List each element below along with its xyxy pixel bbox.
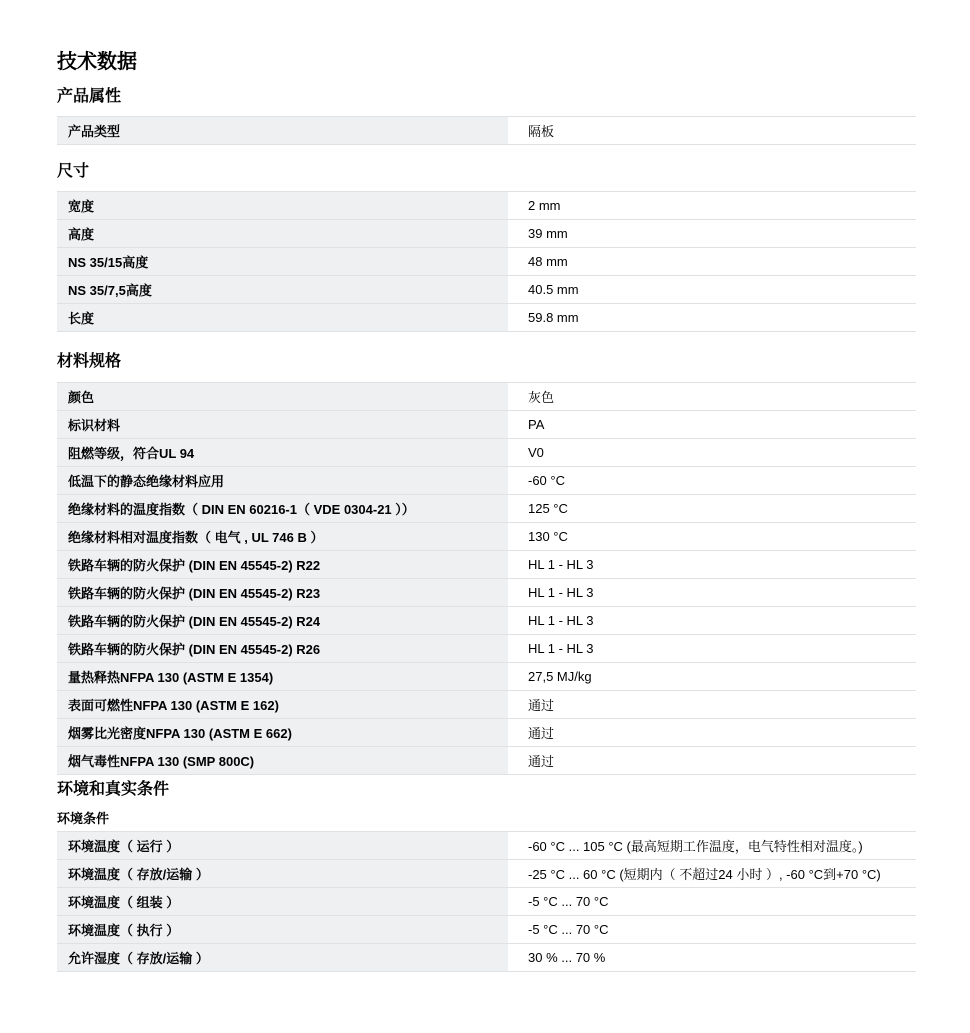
table-row: 环境温度（ 存放/运输 ） -25 °C ... 60 °C (短期内（ 不超过… — [57, 860, 916, 888]
table-row: 铁路车辆的防火保护 (DIN EN 45545-2) R22 HL 1 - HL… — [57, 551, 916, 579]
spec-value: -5 °C ... 70 °C — [510, 916, 916, 943]
spec-section: 产品属性 产品类型 隔板 — [57, 87, 916, 145]
spec-value: V0 — [510, 439, 916, 466]
spec-section: 材料规格 颜色 灰色 标识材料 PA 阻燃等级，符合UL 94 V0 低温下的静… — [57, 352, 916, 775]
spec-value: HL 1 - HL 3 — [510, 635, 916, 662]
spec-table: 产品类型 隔板 — [57, 116, 916, 145]
table-row: 表面可燃性NFPA 130 (ASTM E 162) 通过 — [57, 691, 916, 719]
table-row: 铁路车辆的防火保护 (DIN EN 45545-2) R23 HL 1 - HL… — [57, 579, 916, 607]
spec-value: -5 °C ... 70 °C — [510, 888, 916, 915]
spec-table: 颜色 灰色 标识材料 PA 阻燃等级，符合UL 94 V0 低温下的静态绝缘材料… — [57, 382, 916, 775]
table-row: NS 35/15高度 48 mm — [57, 248, 916, 276]
spec-label: 铁路车辆的防火保护 (DIN EN 45545-2) R24 — [57, 607, 508, 634]
spec-label: 颜色 — [57, 383, 508, 410]
table-row: 允许湿度（ 存放/运输 ） 30 % ... 70 % — [57, 944, 916, 972]
spec-label: 高度 — [57, 220, 508, 247]
table-row: 量热释热NFPA 130 (ASTM E 1354) 27,5 MJ/kg — [57, 663, 916, 691]
spec-value: -25 °C ... 60 °C (短期内（ 不超过24 小时 ）, -60 °… — [510, 860, 916, 887]
table-row: 高度 39 mm — [57, 220, 916, 248]
section-heading: 尺寸 — [57, 162, 916, 181]
spec-value: HL 1 - HL 3 — [510, 551, 916, 578]
table-row: 颜色 灰色 — [57, 383, 916, 411]
spec-label: NS 35/15高度 — [57, 248, 508, 275]
spec-value: 40.5 mm — [510, 276, 916, 303]
table-row: 铁路车辆的防火保护 (DIN EN 45545-2) R24 HL 1 - HL… — [57, 607, 916, 635]
spec-label: 绝缘材料相对温度指数（ 电气 , UL 746 B ） — [57, 523, 508, 550]
spec-label: 烟雾比光密度NFPA 130 (ASTM E 662) — [57, 719, 508, 746]
spec-value: 2 mm — [510, 192, 916, 219]
spec-value: HL 1 - HL 3 — [510, 579, 916, 606]
spec-label: 量热释热NFPA 130 (ASTM E 1354) — [57, 663, 508, 690]
spec-label: 铁路车辆的防火保护 (DIN EN 45545-2) R22 — [57, 551, 508, 578]
table-row: 产品类型 隔板 — [57, 117, 916, 145]
table-row: 烟气毒性NFPA 130 (SMP 800C) 通过 — [57, 747, 916, 775]
datasheet-page: 技术数据 产品属性 产品类型 隔板 尺寸 宽度 2 mm 高度 39 mm NS… — [0, 0, 970, 972]
spec-value: 隔板 — [510, 117, 916, 144]
table-row: NS 35/7,5高度 40.5 mm — [57, 276, 916, 304]
spec-value: 27,5 MJ/kg — [510, 663, 916, 690]
spec-table: 环境温度（ 运行 ） -60 °C ... 105 °C (最高短期工作温度，电… — [57, 831, 916, 972]
spec-label: 铁路车辆的防火保护 (DIN EN 45545-2) R23 — [57, 579, 508, 606]
table-row: 环境温度（ 组装 ） -5 °C ... 70 °C — [57, 888, 916, 916]
table-row: 绝缘材料的温度指数（ DIN EN 60216-1（ VDE 0304-21 ）… — [57, 495, 916, 523]
table-row: 长度 59.8 mm — [57, 304, 916, 332]
spec-label: NS 35/7,5高度 — [57, 276, 508, 303]
spec-value: -60 °C ... 105 °C (最高短期工作温度，电气特性相对温度。) — [510, 832, 916, 859]
spec-value: 59.8 mm — [510, 304, 916, 331]
spec-table: 宽度 2 mm 高度 39 mm NS 35/15高度 48 mm NS 35/… — [57, 191, 916, 332]
spec-sections-container: 产品属性 产品类型 隔板 尺寸 宽度 2 mm 高度 39 mm NS 35/1… — [57, 87, 916, 972]
section-heading: 材料规格 — [57, 352, 916, 371]
spec-label: 标识材料 — [57, 411, 508, 438]
spec-label: 环境温度（ 存放/运输 ） — [57, 860, 508, 887]
spec-label: 绝缘材料的温度指数（ DIN EN 60216-1（ VDE 0304-21 ）… — [57, 495, 508, 522]
spec-section: 尺寸 宽度 2 mm 高度 39 mm NS 35/15高度 48 mm NS … — [57, 162, 916, 332]
table-row: 环境温度（ 运行 ） -60 °C ... 105 °C (最高短期工作温度，电… — [57, 832, 916, 860]
spec-value: 通过 — [510, 719, 916, 746]
spec-value: 通过 — [510, 691, 916, 718]
spec-label: 产品类型 — [57, 117, 508, 144]
spec-label: 允许湿度（ 存放/运输 ） — [57, 944, 508, 971]
section-heading: 产品属性 — [57, 87, 916, 106]
spec-label: 阻燃等级，符合UL 94 — [57, 439, 508, 466]
table-row: 环境温度（ 执行 ） -5 °C ... 70 °C — [57, 916, 916, 944]
table-row: 绝缘材料相对温度指数（ 电气 , UL 746 B ） 130 °C — [57, 523, 916, 551]
spec-value: 125 °C — [510, 495, 916, 522]
spec-label: 表面可燃性NFPA 130 (ASTM E 162) — [57, 691, 508, 718]
spec-value: 灰色 — [510, 383, 916, 410]
page-title: 技术数据 — [57, 50, 916, 74]
table-row: 低温下的静态绝缘材料应用 -60 °C — [57, 467, 916, 495]
table-row: 宽度 2 mm — [57, 192, 916, 220]
table-row: 铁路车辆的防火保护 (DIN EN 45545-2) R26 HL 1 - HL… — [57, 635, 916, 663]
spec-value: HL 1 - HL 3 — [510, 607, 916, 634]
table-row: 阻燃等级，符合UL 94 V0 — [57, 439, 916, 467]
spec-value: 130 °C — [510, 523, 916, 550]
spec-value: 通过 — [510, 747, 916, 774]
table-row: 标识材料 PA — [57, 411, 916, 439]
spec-label: 烟气毒性NFPA 130 (SMP 800C) — [57, 747, 508, 774]
table-row: 烟雾比光密度NFPA 130 (ASTM E 662) 通过 — [57, 719, 916, 747]
spec-label: 宽度 — [57, 192, 508, 219]
spec-label: 环境温度（ 运行 ） — [57, 832, 508, 859]
section-subheading: 环境条件 — [57, 811, 916, 826]
section-heading: 环境和真实条件 — [57, 780, 916, 799]
spec-label: 低温下的静态绝缘材料应用 — [57, 467, 508, 494]
spec-value: 48 mm — [510, 248, 916, 275]
spec-value: -60 °C — [510, 467, 916, 494]
spec-value: 30 % ... 70 % — [510, 944, 916, 971]
spec-section: 环境和真实条件 环境条件 环境温度（ 运行 ） -60 °C ... 105 °… — [57, 780, 916, 972]
spec-value: 39 mm — [510, 220, 916, 247]
spec-label: 环境温度（ 组装 ） — [57, 888, 508, 915]
spec-label: 长度 — [57, 304, 508, 331]
spec-label: 铁路车辆的防火保护 (DIN EN 45545-2) R26 — [57, 635, 508, 662]
spec-label: 环境温度（ 执行 ） — [57, 916, 508, 943]
spec-value: PA — [510, 411, 916, 438]
